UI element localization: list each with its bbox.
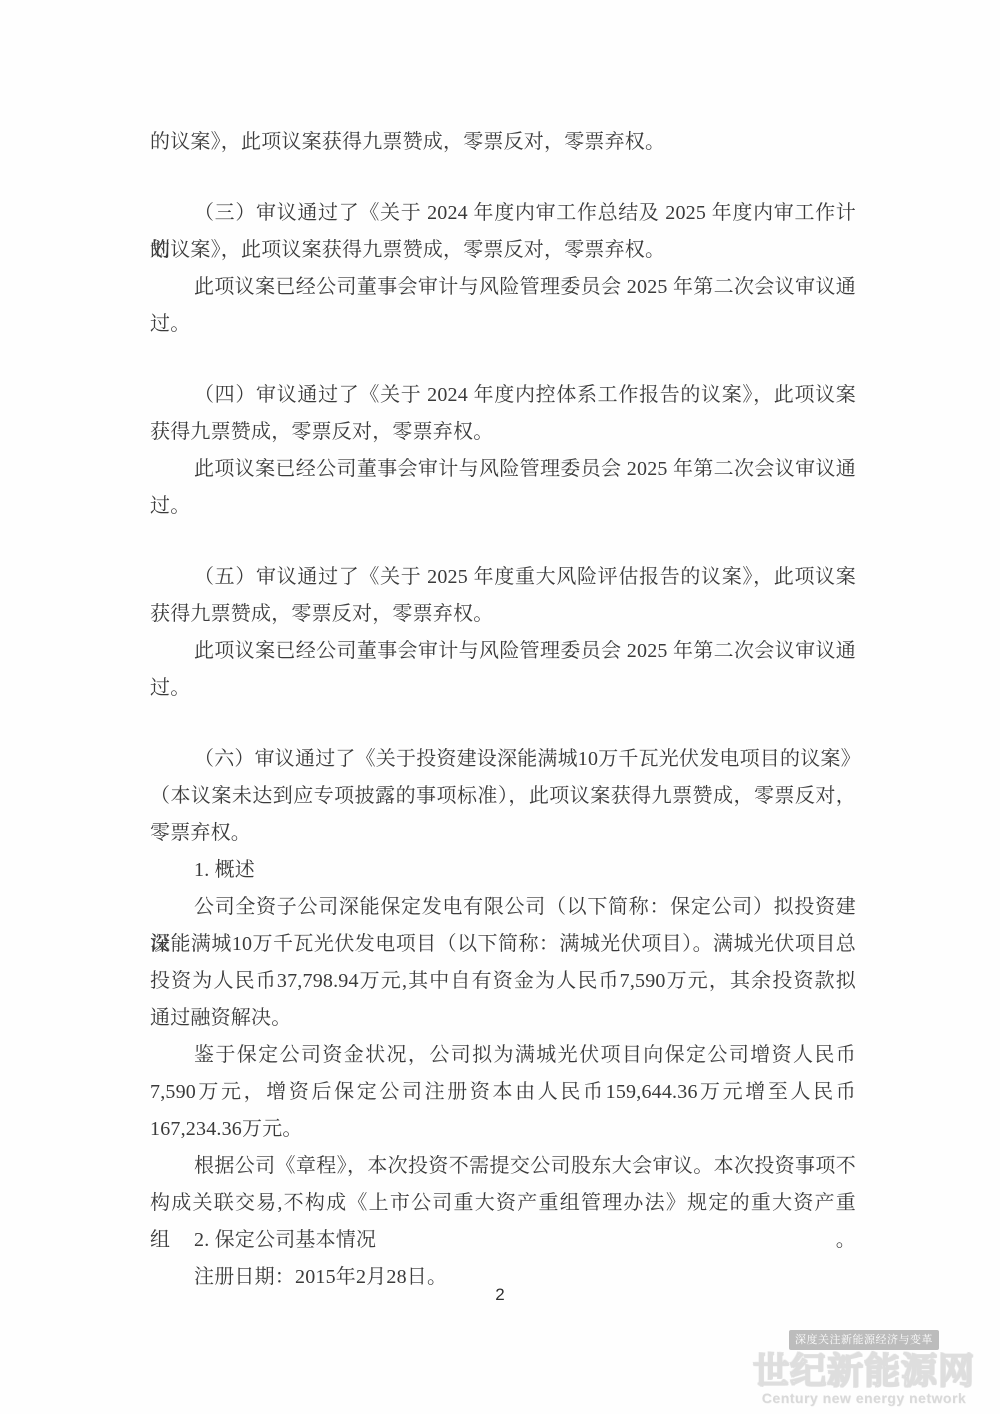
document-line: 获得九票赞成，零票反对，零票弃权。: [150, 414, 856, 451]
document-line: （本议案未达到应专项披露的事项标准），此项议案获得九票赞成，零票反对，: [150, 778, 856, 815]
document-line: 7,590万元，增资后保定公司注册资本由人民币159,644.36万元增至人民币: [150, 1074, 856, 1111]
document-line: 此项议案已经公司董事会审计与风险管理委员会 2025 年第二次会议审议通: [150, 451, 856, 488]
document-line: 获得九票赞成，零票反对，零票弃权。: [150, 596, 856, 633]
document-line: （三）审议通过了《关于 2024 年度内审工作总结及 2025 年度内审工作计划: [150, 195, 856, 232]
document-line: 167,234.36万元。: [150, 1111, 856, 1148]
watermark-title: 世纪新能源网: [744, 1351, 984, 1391]
document-line: 深能满城10万千瓦光伏发电项目（以下简称：满城光伏项目）。满城光伏项目总: [150, 926, 856, 963]
document-line: 零票弃权。: [150, 815, 856, 852]
document-line: 过。: [150, 670, 856, 707]
document-line: 1. 概述: [150, 852, 856, 889]
watermark-tagline: 深度关注新能源经济与变革: [789, 1330, 939, 1350]
document-line: 过。: [150, 306, 856, 343]
watermark: 深度关注新能源经济与变革 世纪新能源网 Century new energy n…: [744, 1330, 984, 1406]
document-line: 过。: [150, 488, 856, 525]
document-line: 的议案》，此项议案获得九票赞成，零票反对，零票弃权。: [150, 124, 856, 161]
document-line: （四）审议通过了《关于 2024 年度内控体系工作报告的议案》，此项议案: [150, 377, 856, 414]
page-number: 2: [0, 1285, 1000, 1305]
document-body: 的议案》，此项议案获得九票赞成，零票反对，零票弃权。（三）审议通过了《关于 20…: [150, 124, 856, 1296]
document-line: 根据公司《章程》，本次投资不需提交公司股东大会审议。本次投资事项不: [150, 1148, 856, 1185]
document-page: 的议案》，此项议案获得九票赞成，零票反对，零票弃权。（三）审议通过了《关于 20…: [0, 0, 1000, 1414]
document-line: 的议案》，此项议案获得九票赞成，零票反对，零票弃权。: [150, 232, 856, 269]
document-line: 构成关联交易,不构成《上市公司重大资产重组管理办法》规定的重大资产重组。: [150, 1185, 856, 1222]
document-line: 通过融资解决。: [150, 1000, 856, 1037]
document-line: 此项议案已经公司董事会审计与风险管理委员会 2025 年第二次会议审议通: [150, 633, 856, 670]
document-line: 鉴于保定公司资金状况，公司拟为满城光伏项目向保定公司增资人民币: [150, 1037, 856, 1074]
watermark-subtitle: Century new energy network: [744, 1390, 984, 1406]
document-line: 投资为人民币37,798.94万元,其中自有资金为人民币7,590万元，其余投资…: [150, 963, 856, 1000]
document-line: 公司全资子公司深能保定发电有限公司（以下简称：保定公司）拟投资建设: [150, 889, 856, 926]
document-line: 此项议案已经公司董事会审计与风险管理委员会 2025 年第二次会议审议通: [150, 269, 856, 306]
document-line: （六）审议通过了《关于投资建设深能满城10万千瓦光伏发电项目的议案》: [150, 741, 856, 778]
document-line: （五）审议通过了《关于 2025 年度重大风险评估报告的议案》，此项议案: [150, 559, 856, 596]
